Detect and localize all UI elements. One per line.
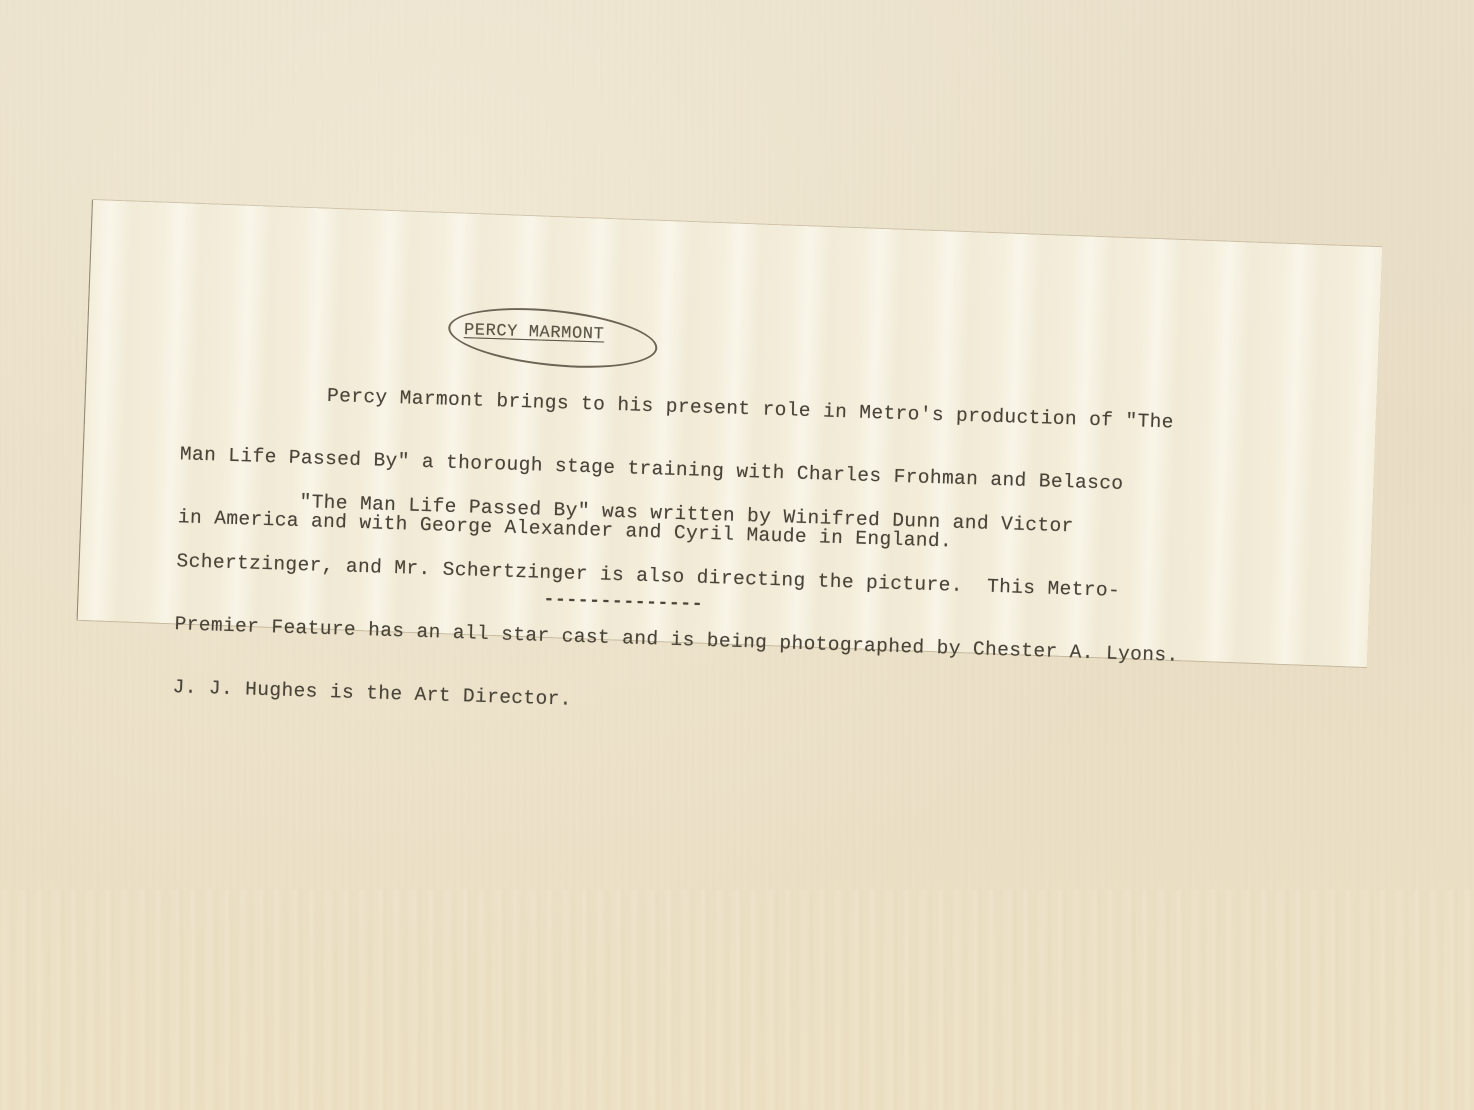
press-slip: PERCY MARMONT Percy Marmont brings to hi…	[77, 200, 1383, 667]
paper-texture	[0, 890, 1474, 1110]
heading-title: PERCY MARMONT	[464, 320, 605, 345]
paragraph-2-line: "The Man Life Passed By" was written by …	[178, 488, 1183, 541]
paragraph-2-line: Premier Feature has an all star cast and…	[174, 614, 1179, 667]
paragraph-1-line: Percy Marmont brings to his present role…	[182, 381, 1175, 433]
paragraph-2-line: J. J. Hughes is the Art Director.	[172, 677, 1177, 730]
photo-backing-sheet: PERCY MARMONT Percy Marmont brings to hi…	[0, 0, 1474, 1110]
press-slip-content: PERCY MARMONT Percy Marmont brings to hi…	[79, 203, 1382, 663]
